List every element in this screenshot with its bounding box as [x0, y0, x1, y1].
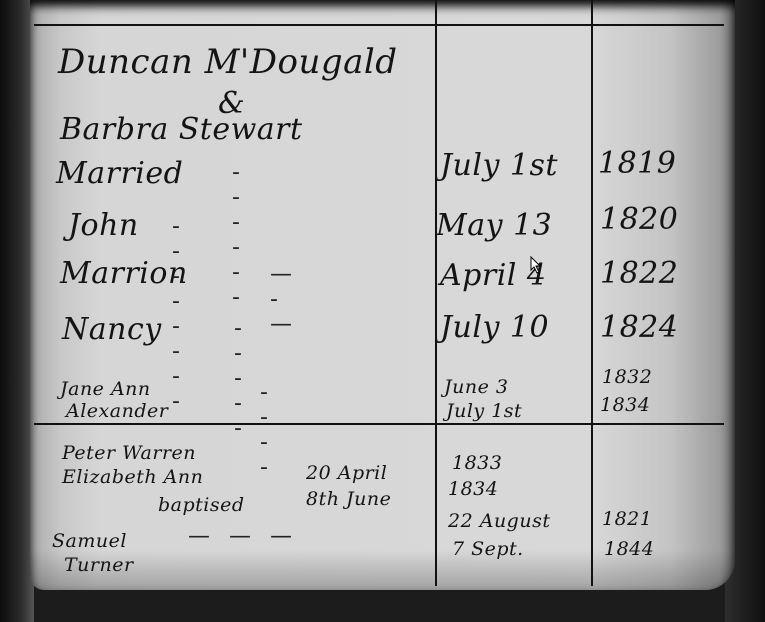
book-binding-edge: [0, 0, 34, 622]
entry-name: Nancy: [62, 312, 162, 347]
mid-rule: [34, 423, 724, 425]
entry-day: July 10: [440, 310, 549, 345]
lower-line-date: 22 August: [448, 510, 550, 532]
mouse-cursor-icon: [530, 256, 542, 274]
lower-line-text: baptised: [158, 494, 245, 516]
entry-day: July 1st: [440, 148, 558, 183]
lower-line-year: 1844: [604, 538, 654, 560]
entry-year: 1820: [600, 202, 678, 237]
lower-line-text: Elizabeth Ann: [62, 466, 203, 488]
lower-line-date: 20 April: [306, 462, 387, 484]
lower-line-text: Samuel: [52, 530, 127, 552]
wife-name: Barbra Stewart: [60, 112, 303, 147]
lower-line-date: 7 Sept.: [452, 538, 524, 560]
lower-line-year: 1833: [452, 452, 502, 474]
entry-name: Married: [56, 156, 183, 191]
lower-line-date: 8th June: [306, 488, 391, 510]
lower-line-year: 1821: [602, 508, 652, 530]
husband-name: Duncan M'Dougald: [58, 42, 398, 82]
entry-dash: - - - - - -: [232, 160, 246, 310]
column-divider-year: [591, 0, 593, 586]
column-divider-day: [435, 0, 437, 586]
entry-name: Jane Ann: [60, 378, 151, 400]
entry-dash: - - - - -: [234, 316, 248, 441]
entry-day: July 1st: [446, 400, 522, 422]
entry-year: 1822: [600, 256, 678, 291]
document-viewer: Duncan M'Dougald & Barbra Stewart Marrie…: [0, 0, 765, 622]
entry-day: June 3: [444, 376, 508, 398]
entry-name: Alexander: [66, 400, 168, 422]
entry-year: 1819: [598, 146, 676, 181]
entry-dash: - - - -: [260, 380, 274, 480]
lower-line-year: 1834: [448, 478, 498, 500]
entry-dash: — - —: [270, 262, 298, 337]
entry-year: 1832: [602, 366, 652, 388]
entry-dash: - - - - - - - -: [172, 214, 186, 414]
entry-year: 1834: [600, 394, 650, 416]
entry-day: May 13: [436, 208, 552, 243]
top-rule: [34, 24, 724, 26]
entry-name: John: [68, 208, 139, 243]
entry-name: Marrion: [60, 256, 188, 291]
lower-line-text: Peter Warren: [62, 442, 196, 464]
lower-line-text: Turner: [64, 554, 134, 576]
lower-line-dash: — — —: [188, 524, 298, 549]
entry-year: 1824: [600, 310, 678, 345]
